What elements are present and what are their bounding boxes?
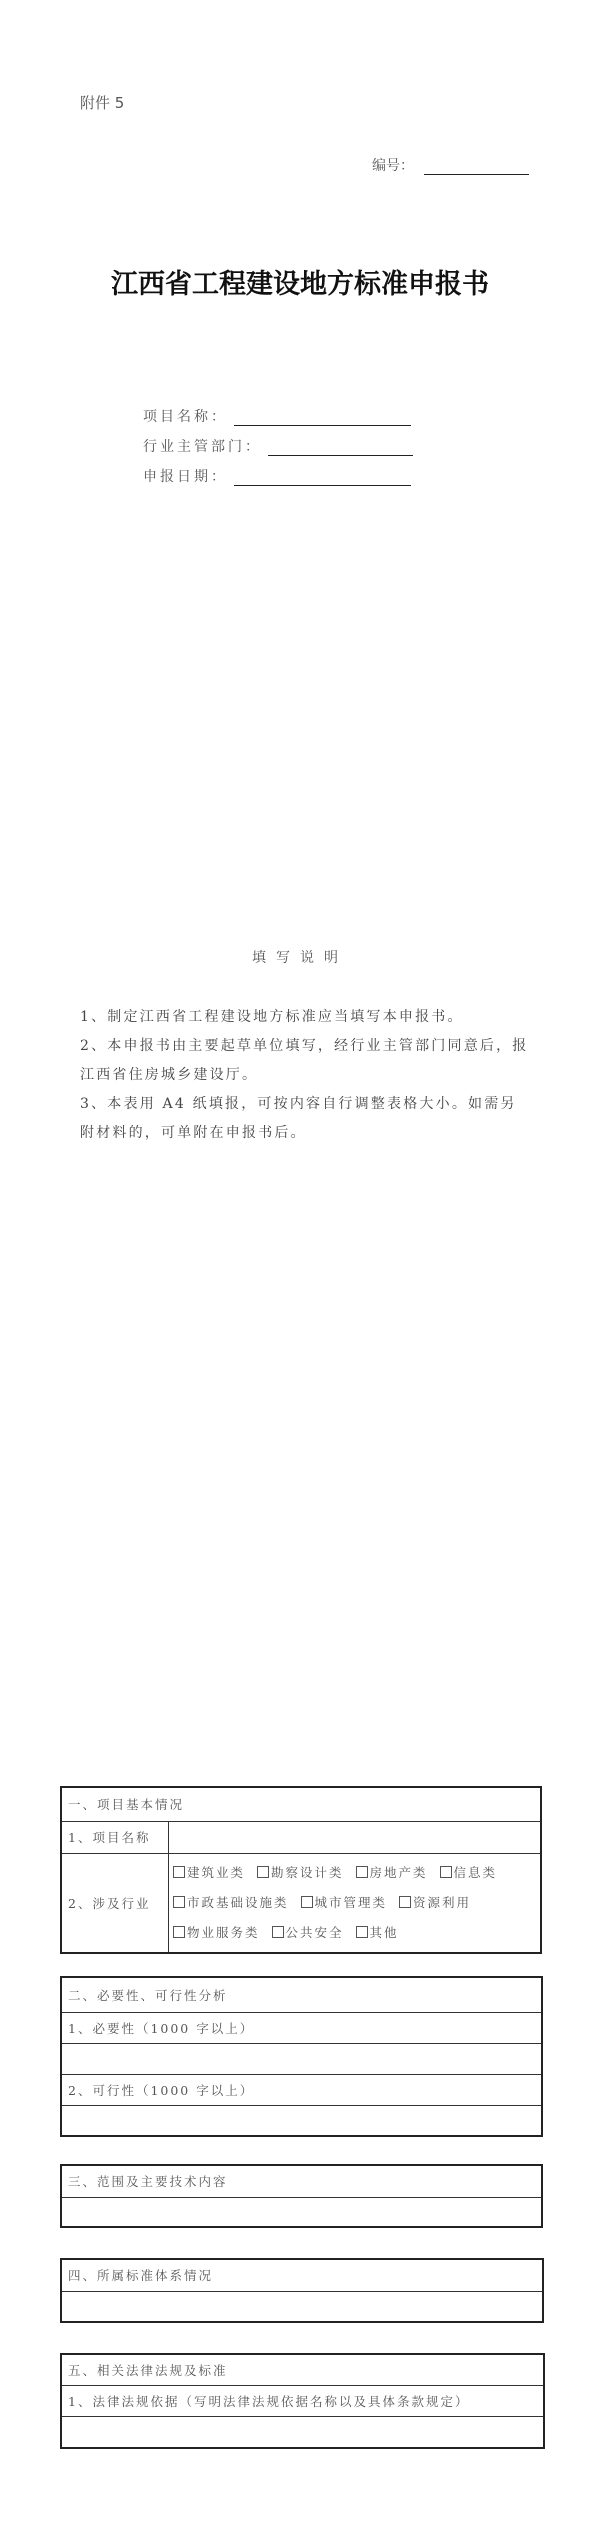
section3-cell[interactable] [61,2197,542,2227]
feasibility-cell[interactable] [61,2105,542,2136]
project-name-input[interactable] [234,411,411,426]
section2-heading: 二、必要性、可行性分析 [61,1977,542,2012]
laws-label: 1、法律法规依据（写明法律法规依据名称以及具体条款规定） [61,2385,544,2416]
project-name-cell[interactable] [169,1821,542,1853]
industry-checkbox[interactable]: 物业服务类 [173,1918,260,1948]
industry-checkbox[interactable]: 城市管理类 [301,1888,388,1918]
attachment-label: 附件 5 [80,92,124,113]
serial-number-label: 编号： [372,155,414,175]
department-label: 行业主管部门： [143,436,262,456]
section4-heading: 四、所属标准体系情况 [61,2259,543,2291]
instruction-item: 3、本表用 A4 纸填报，可按内容自行调整表格大小。如需另附材料的，可单附在申报… [80,1090,530,1148]
section2-table: 二、必要性、可行性分析 1、必要性（1000 字以上） 2、可行性（1000 字… [60,1976,543,2137]
instruction-item: 1、制定江西省工程建设地方标准应当填写本申报书。 [80,1003,530,1032]
date-input[interactable] [234,471,411,486]
date-field: 申报日期： [143,456,413,486]
section4-table: 四、所属标准体系情况 [60,2258,544,2323]
industry-checkbox[interactable]: 建筑业类 [173,1858,245,1888]
checkbox-icon [399,1896,411,1908]
meta-fields: 项目名称： 行业主管部门： 申报日期： [143,396,413,486]
section4-cell[interactable] [61,2291,543,2322]
instructions-heading: 填写说明 [0,947,600,967]
checkbox-icon [257,1866,269,1878]
document-title: 江西省工程建设地方标准申报书 [0,262,600,301]
checkbox-icon [272,1926,284,1938]
checkbox-icon [173,1866,185,1878]
serial-number-field: 编号： [372,155,529,175]
department-input[interactable] [268,441,413,456]
industry-checkbox[interactable]: 市政基础设施类 [173,1888,289,1918]
necessity-label: 1、必要性（1000 字以上） [61,2012,542,2043]
project-name-label: 项目名称： [143,406,228,426]
instructions-list: 1、制定江西省工程建设地方标准应当填写本申报书。 2、本申报书由主要起草单位填写… [80,1003,530,1148]
section5-heading: 五、相关法律法规及标准 [61,2354,544,2385]
section3-heading: 三、范围及主要技术内容 [61,2165,542,2197]
checkbox-icon [173,1896,185,1908]
serial-number-input[interactable] [424,160,529,175]
department-field: 行业主管部门： [143,426,413,456]
project-name-row-label: 1、项目名称 [61,1821,169,1853]
feasibility-label: 2、可行性（1000 字以上） [61,2074,542,2105]
date-label: 申报日期： [143,466,228,486]
checkbox-icon [440,1866,452,1878]
laws-cell[interactable] [61,2416,544,2448]
checkbox-icon [301,1896,313,1908]
checkbox-icon [173,1926,185,1938]
industry-checkbox[interactable]: 房地产类 [356,1858,428,1888]
section5-table: 五、相关法律法规及标准 1、法律法规依据（写明法律法规依据名称以及具体条款规定） [60,2353,545,2449]
section3-table: 三、范围及主要技术内容 [60,2164,543,2228]
checkbox-icon [356,1926,368,1938]
industry-checkbox[interactable]: 信息类 [440,1858,498,1888]
checkbox-icon [356,1866,368,1878]
industry-options: 建筑业类勘察设计类房地产类信息类 市政基础设施类城市管理类资源利用 物业服务类公… [169,1853,542,1953]
industry-checkbox[interactable]: 勘察设计类 [257,1858,344,1888]
section1-table: 一、项目基本情况 1、项目名称 2、涉及行业 建筑业类勘察设计类房地产类信息类 … [60,1786,542,1954]
section1-heading: 一、项目基本情况 [61,1787,541,1821]
industry-checkbox[interactable]: 资源利用 [399,1888,471,1918]
necessity-cell[interactable] [61,2043,542,2074]
industry-checkbox[interactable]: 公共安全 [272,1918,344,1948]
project-name-field: 项目名称： [143,396,413,426]
industry-row-label: 2、涉及行业 [61,1853,169,1953]
instruction-item: 2、本申报书由主要起草单位填写，经行业主管部门同意后，报江西省住房城乡建设厅。 [80,1032,530,1090]
industry-checkbox[interactable]: 其他 [356,1918,399,1948]
